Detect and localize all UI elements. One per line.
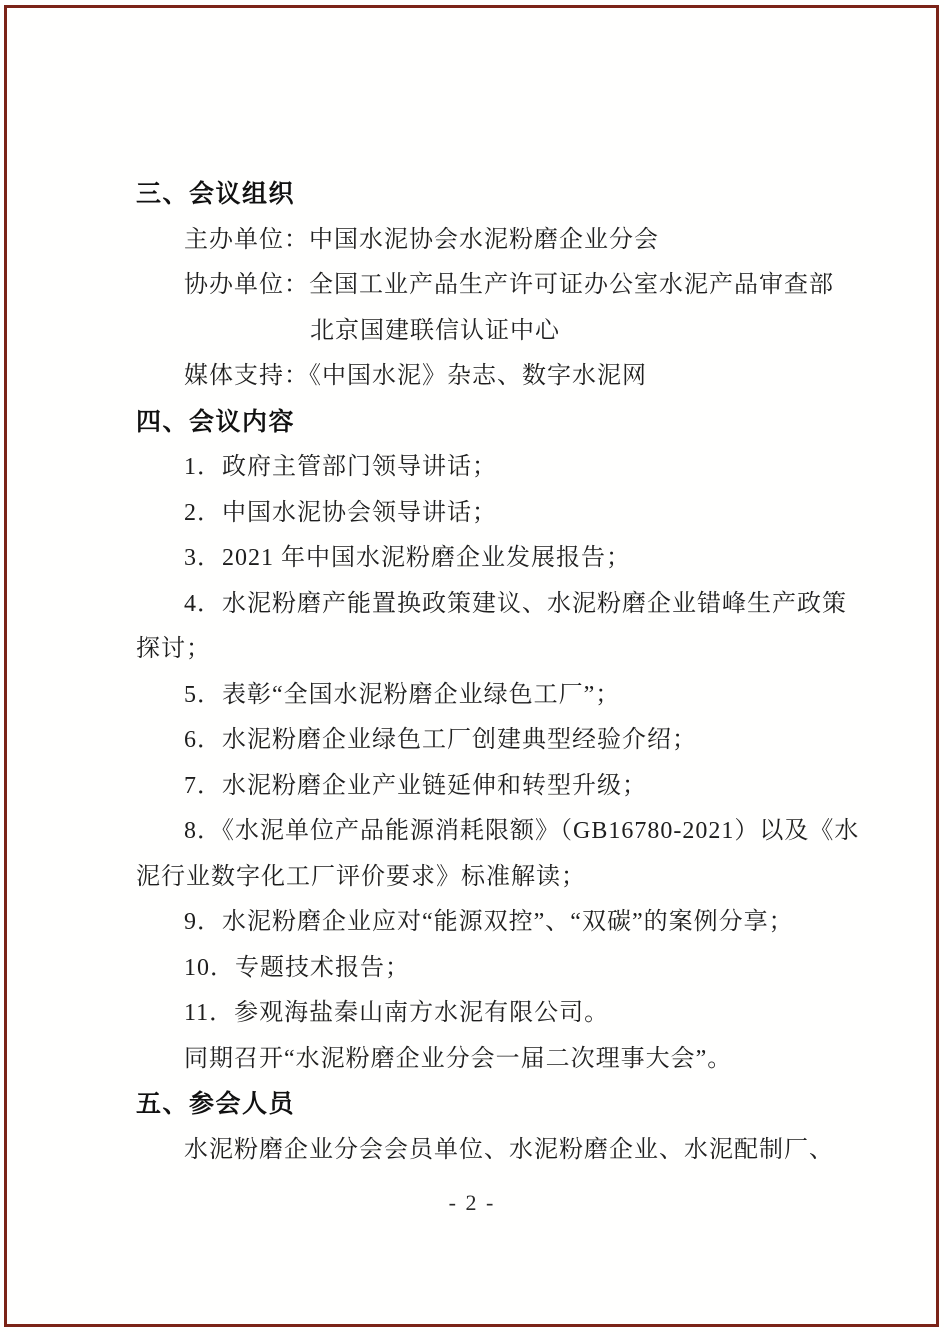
text-line-item-8: 8．《水泥单位产品能源消耗限额》（GB16780-2021）以及《水 (136, 809, 852, 855)
text-line-item-9: 9．水泥粉磨企业应对“能源双控”、“双碳”的案例分享； (136, 900, 852, 946)
text-line-item-10: 10．专题技术报告； (136, 946, 852, 992)
text-line-concurrent-meeting: 同期召开“水泥粉磨企业分会一届二次理事大会”。 (136, 1037, 852, 1083)
text-line-item-6: 6．水泥粉磨企业绿色工厂创建典型经验介绍； (136, 718, 852, 764)
text-line-item-2: 2．中国水泥协会领导讲话； (136, 491, 852, 537)
text-line-item-11: 11．参观海盐秦山南方水泥有限公司。 (136, 991, 852, 1037)
text-line-item-5: 5．表彰“全国水泥粉磨企业绿色工厂”； (136, 673, 852, 719)
text-line-host-unit: 主办单位：中国水泥协会水泥粉磨企业分会 (136, 218, 852, 264)
text-line-item-1: 1．政府主管部门领导讲话； (136, 445, 852, 491)
text-line-item-4-cont: 探讨； (136, 627, 852, 673)
text-line-co-organizer-cont: 北京国建联信认证中心 (136, 309, 852, 355)
section-heading-participants: 五、参会人员 (136, 1082, 852, 1128)
text-line-co-organizer: 协办单位：全国工业产品生产许可证办公室水泥产品审查部 (136, 263, 852, 309)
section-heading-organization: 三、会议组织 (136, 172, 852, 218)
document-page: 三、会议组织 主办单位：中国水泥协会水泥粉磨企业分会 协办单位：全国工业产品生产… (0, 0, 944, 1332)
document-content: 三、会议组织 主办单位：中国水泥协会水泥粉磨企业分会 协办单位：全国工业产品生产… (136, 172, 852, 1173)
text-line-item-7: 7．水泥粉磨企业产业链延伸和转型升级； (136, 764, 852, 810)
page-number: - 2 - (0, 1190, 944, 1216)
section-heading-agenda: 四、会议内容 (136, 400, 852, 446)
text-line-item-8-cont: 泥行业数字化工厂评价要求》标准解读； (136, 855, 852, 901)
text-line-participants: 水泥粉磨企业分会会员单位、水泥粉磨企业、水泥配制厂、 (136, 1128, 852, 1174)
text-line-item-3: 3．2021 年中国水泥粉磨企业发展报告； (136, 536, 852, 582)
text-line-media-support: 媒体支持：《中国水泥》杂志、数字水泥网 (136, 354, 852, 400)
text-line-item-4: 4．水泥粉磨产能置换政策建议、水泥粉磨企业错峰生产政策 (136, 582, 852, 628)
